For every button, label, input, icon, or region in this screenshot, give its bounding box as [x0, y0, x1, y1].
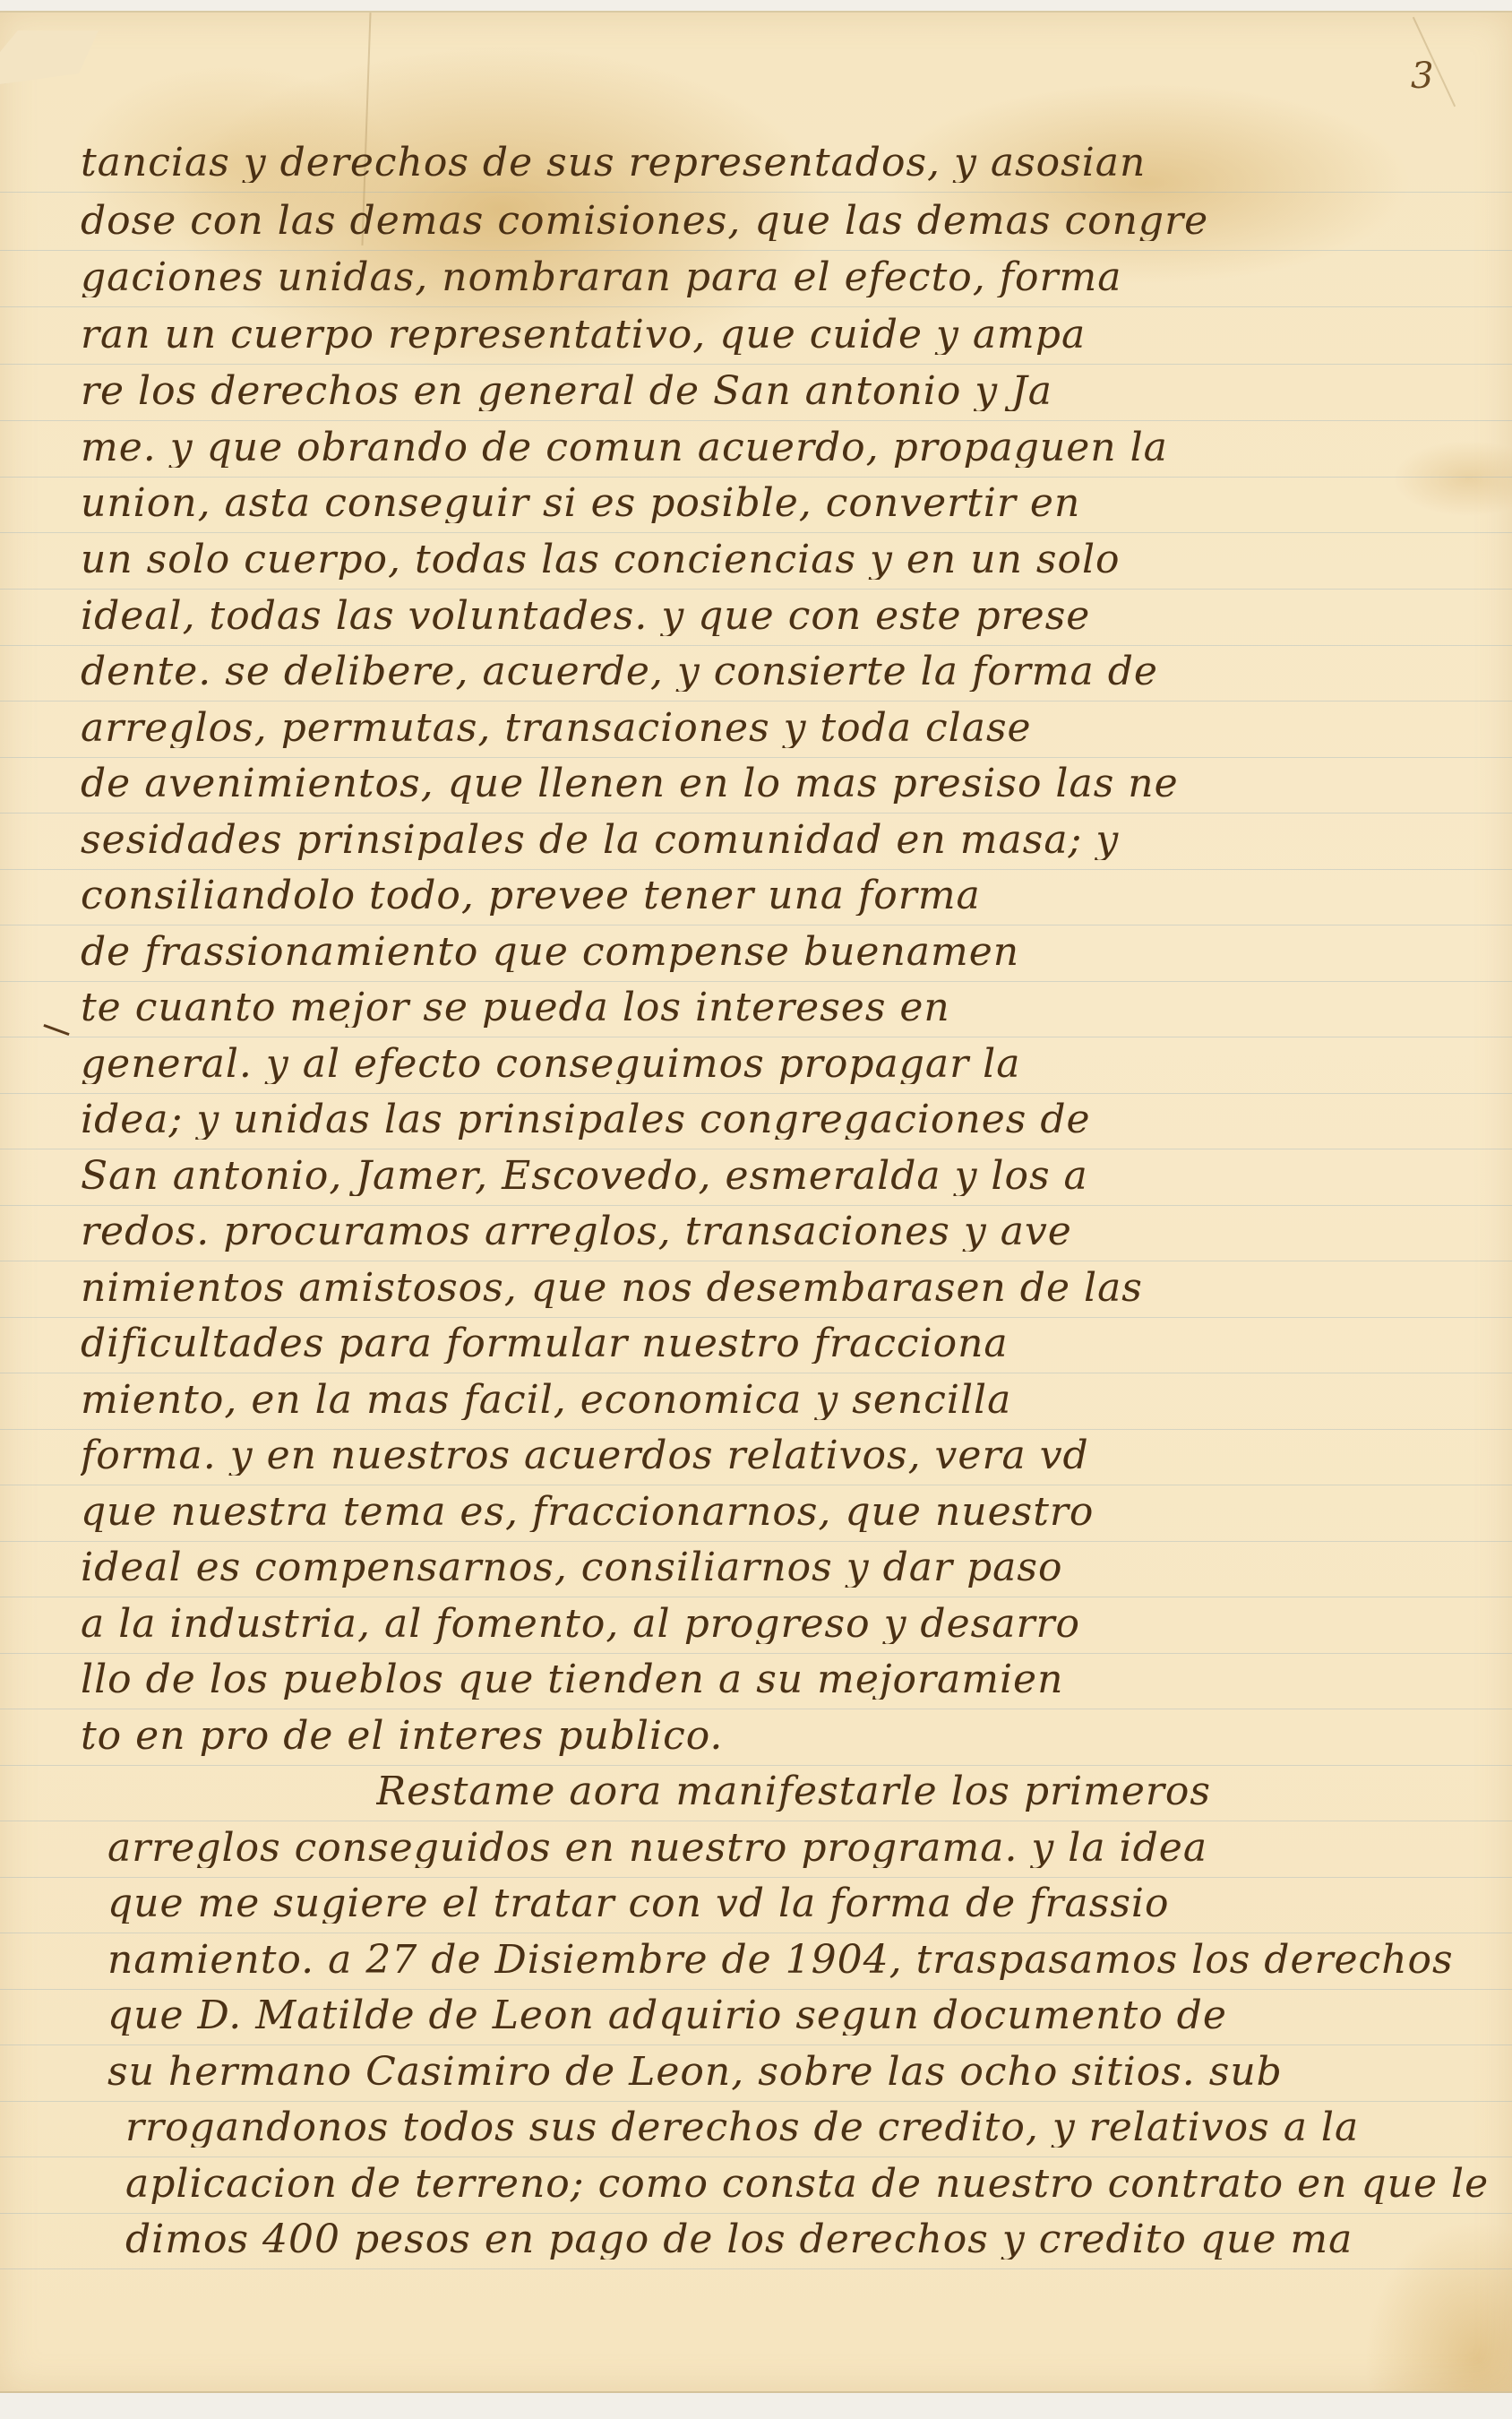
ruled-line — [0, 1933, 1512, 1933]
ruled-line — [0, 1149, 1512, 1149]
ruled-line — [0, 1485, 1512, 1485]
ruled-line — [0, 2045, 1512, 2045]
manuscript-line: ran un cuerpo representativo, que cuide … — [81, 315, 1505, 355]
ruled-line — [0, 701, 1512, 702]
ruled-line — [0, 869, 1512, 870]
ruled-line — [0, 813, 1512, 814]
manuscript-line: dose con las demas comisiones, que las d… — [81, 202, 1505, 241]
manuscript-line: llo de los pueblos que tienden a su mejo… — [81, 1660, 1505, 1700]
manuscript-line: redos. procuramos arreglos, transaciones… — [81, 1212, 1505, 1252]
manuscript-line: to en pro de el interes publico. — [81, 1717, 1505, 1756]
ruled-line — [0, 420, 1512, 421]
ruled-line — [0, 1373, 1512, 1373]
manuscript-line: de frassionamiento que compense buenamen — [81, 933, 1505, 972]
manuscript-line: que me sugiere el tratar con vd la forma… — [107, 1884, 1505, 1924]
ruled-line — [0, 192, 1512, 193]
ruled-line — [0, 1317, 1512, 1318]
ruled-line — [0, 757, 1512, 758]
ruled-line — [0, 1765, 1512, 1766]
ruled-line — [0, 1429, 1512, 1430]
manuscript-line: me. y que obrando de comun acuerdo, prop… — [81, 428, 1505, 468]
manuscript-line: dimos 400 pesos en pago de los derechos … — [125, 2220, 1505, 2260]
manuscript-page — [0, 11, 1512, 2393]
ruled-line — [0, 306, 1512, 307]
ruled-line — [0, 532, 1512, 533]
ruled-line — [0, 1261, 1512, 1261]
manuscript-line: San antonio, Jamer, Escovedo, esmeralda … — [81, 1157, 1505, 1196]
manuscript-paragraph-start: Restame aora manifestarle los primeros — [376, 1772, 1505, 1812]
manuscript-line: idea; y unidas las prinsipales congregac… — [81, 1100, 1505, 1140]
ruled-line — [0, 1709, 1512, 1709]
ruled-line — [0, 1877, 1512, 1878]
manuscript-line: que nuestra tema es, fraccionarnos, que … — [81, 1493, 1505, 1532]
ruled-line — [0, 1821, 1512, 1821]
manuscript-line: consiliandolo todo, prevee tener una for… — [81, 876, 1505, 916]
ruled-line — [0, 1093, 1512, 1094]
manuscript-line: dificultades para formular nuestro fracc… — [81, 1324, 1505, 1364]
manuscript-line: de avenimientos, que llenen en lo mas pr… — [81, 764, 1505, 804]
manuscript-line: forma. y en nuestros acuerdos relativos,… — [81, 1436, 1505, 1476]
manuscript-line: union, asta conseguir si es posible, con… — [81, 484, 1505, 523]
ruled-line — [0, 2156, 1512, 2157]
ruled-line — [0, 645, 1512, 646]
ruled-line — [0, 2268, 1512, 2269]
ruled-line — [0, 1037, 1512, 1037]
manuscript-line: arreglos conseguidos en nuestro programa… — [107, 1829, 1505, 1868]
manuscript-line: te cuanto mejor se pueda los intereses e… — [81, 988, 1505, 1028]
manuscript-line: aplicacion de terreno; como consta de nu… — [125, 2165, 1505, 2204]
manuscript-line: arreglos, permutas, transaciones y toda … — [81, 709, 1505, 748]
manuscript-line: tancias y derechos de sus representados,… — [81, 143, 1505, 183]
manuscript-line: que D. Matilde de Leon adquirio segun do… — [107, 1996, 1505, 2036]
ruled-line — [0, 2101, 1512, 2102]
manuscript-line: su hermano Casimiro de Leon, sobre las o… — [107, 2053, 1505, 2092]
ruled-line — [0, 477, 1512, 478]
manuscript-line: dente. se delibere, acuerde, y consierte… — [81, 652, 1505, 692]
manuscript-line: sesidades prinsipales de la comunidad en… — [81, 821, 1505, 860]
manuscript-line: ideal es compensarnos, consiliarnos y da… — [81, 1548, 1505, 1588]
manuscript-line: gaciones unidas, nombraran para el efect… — [81, 258, 1505, 297]
ruled-line — [0, 589, 1512, 590]
ruled-line — [0, 925, 1512, 925]
folded-corner — [0, 30, 99, 84]
manuscript-line: general. y al efecto conseguimos propaga… — [81, 1045, 1505, 1084]
manuscript-line: re los derechos en general de San antoni… — [81, 372, 1505, 411]
ruled-line — [0, 1989, 1512, 1990]
ruled-line — [0, 1541, 1512, 1542]
ruled-line — [0, 364, 1512, 365]
ruled-line — [0, 2213, 1512, 2214]
manuscript-line: ideal, todas las voluntades. y que con e… — [81, 597, 1505, 636]
ruled-line — [0, 981, 1512, 982]
ruled-line — [0, 1597, 1512, 1597]
manuscript-line: un solo cuerpo, todas las conciencias y … — [81, 540, 1505, 580]
manuscript-line: nimientos amistosos, que nos desembarase… — [81, 1269, 1505, 1308]
page-number: 3 — [1411, 56, 1433, 97]
manuscript-line: rrogandonos todos sus derechos de credit… — [125, 2108, 1505, 2148]
manuscript-line: namiento. a 27 de Disiembre de 1904, tra… — [107, 1941, 1505, 1980]
ruled-line — [0, 250, 1512, 251]
manuscript-line: a la industria, al fomento, al progreso … — [81, 1605, 1505, 1644]
ruled-line — [0, 1653, 1512, 1654]
ruled-line — [0, 1205, 1512, 1206]
manuscript-line: miento, en la mas facil, economica y sen… — [81, 1381, 1505, 1420]
